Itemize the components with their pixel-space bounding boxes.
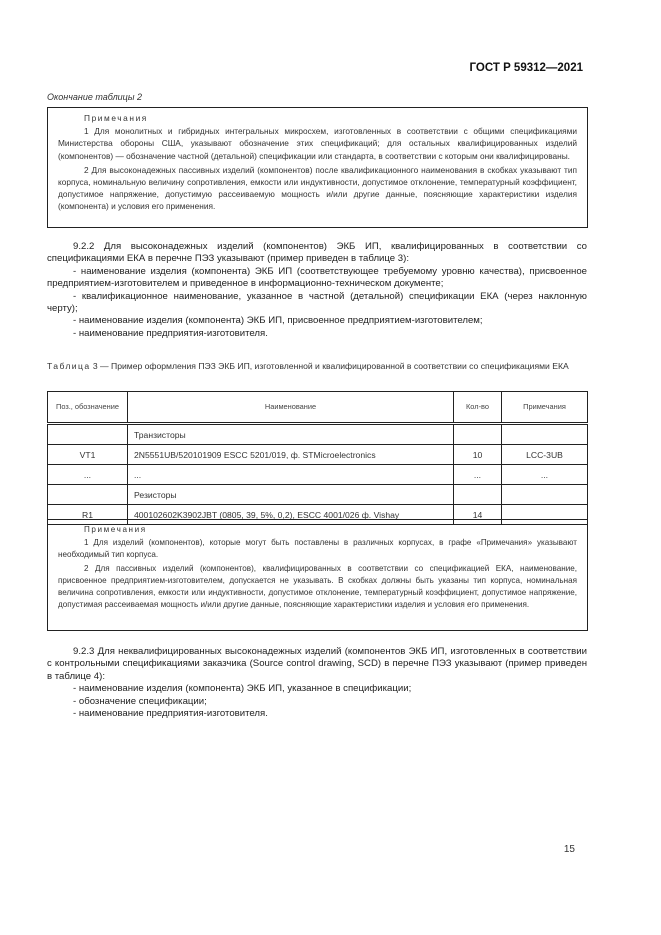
cell-name: ... [128,465,454,485]
cell-position [48,485,128,505]
cell-name: 2N5551UB/520101909 ESCC 5201/019, ф. STM… [128,445,454,465]
cell-name: Транзисторы [128,424,454,445]
section-intro: 9.2.2 Для высоконадежных изделий (компон… [47,241,587,266]
document-id: ГОСТ Р 59312—2021 [470,62,583,74]
table-row: Резисторы [48,485,588,505]
cell-qty [454,485,502,505]
cell-position: VT1 [48,445,128,465]
col-header-name: Наименование [128,392,454,424]
list-item: - наименование изделия (компонента) ЭКБ … [47,266,587,291]
list-item: - наименование предприятия-изготовителя. [47,708,587,720]
list-item: - обозначение спецификации; [47,696,587,708]
cell-notes [502,485,588,505]
caption-label: Таблица [47,361,91,371]
cell-name: Резисторы [128,485,454,505]
table-continuation-label: Окончание таблицы 2 [47,92,142,102]
cell-qty: ... [454,465,502,485]
list-item: - наименование изделия (компонента) ЭКБ … [47,683,587,695]
list-item: - наименование изделия (компонента) ЭКБ … [47,315,587,327]
list-item: - наименование предприятия-изготовителя. [47,328,587,340]
table3-caption: Таблица 3 — Пример оформления ПЭЗ ЭКБ ИП… [47,360,587,372]
section-intro: 9.2.3 Для неквалифицированных высоконаде… [47,646,587,683]
table-row: Транзисторы [48,424,588,445]
notes-title: Примечания [58,112,577,124]
note-1: 1 Для монолитных и гибридных интегральны… [58,125,577,162]
cell-qty: 10 [454,445,502,465]
notes-title: Примечания [58,524,577,536]
table3-notes: Примечания 1 Для изделий (компонентов), … [47,519,588,631]
page-number: 15 [564,844,575,855]
col-header-position: Поз., обозначение [48,392,128,424]
cell-qty [454,424,502,445]
note-2: 2 Для высоконадежных пассивных изделий (… [58,164,577,213]
cell-position: ... [48,465,128,485]
table-row: ... ... ... ... [48,465,588,485]
cell-position [48,424,128,445]
section-9-2-2: 9.2.2 Для высоконадежных изделий (компон… [47,241,587,340]
table-header-row: Поз., обозначение Наименование Кол-во Пр… [48,392,588,424]
col-header-qty: Кол-во [454,392,502,424]
caption-text: 3 — Пример оформления ПЭЗ ЭКБ ИП, изгото… [91,361,569,371]
cell-notes [502,424,588,445]
note-2: 2 Для пассивных изделий (компонентов), к… [58,563,577,611]
note-1: 1 Для изделий (компонентов), которые мог… [58,537,577,561]
cell-notes: ... [502,465,588,485]
col-header-notes: Примечания [502,392,588,424]
table-row: VT1 2N5551UB/520101909 ESCC 5201/019, ф.… [48,445,588,465]
table3: Поз., обозначение Наименование Кол-во Пр… [47,391,588,525]
section-9-2-3: 9.2.3 Для неквалифицированных высоконаде… [47,646,587,720]
table2-notes: Примечания 1 Для монолитных и гибридных … [47,107,588,228]
cell-notes: LCC-3UB [502,445,588,465]
list-item: - квалификационное наименование, указанн… [47,291,587,316]
